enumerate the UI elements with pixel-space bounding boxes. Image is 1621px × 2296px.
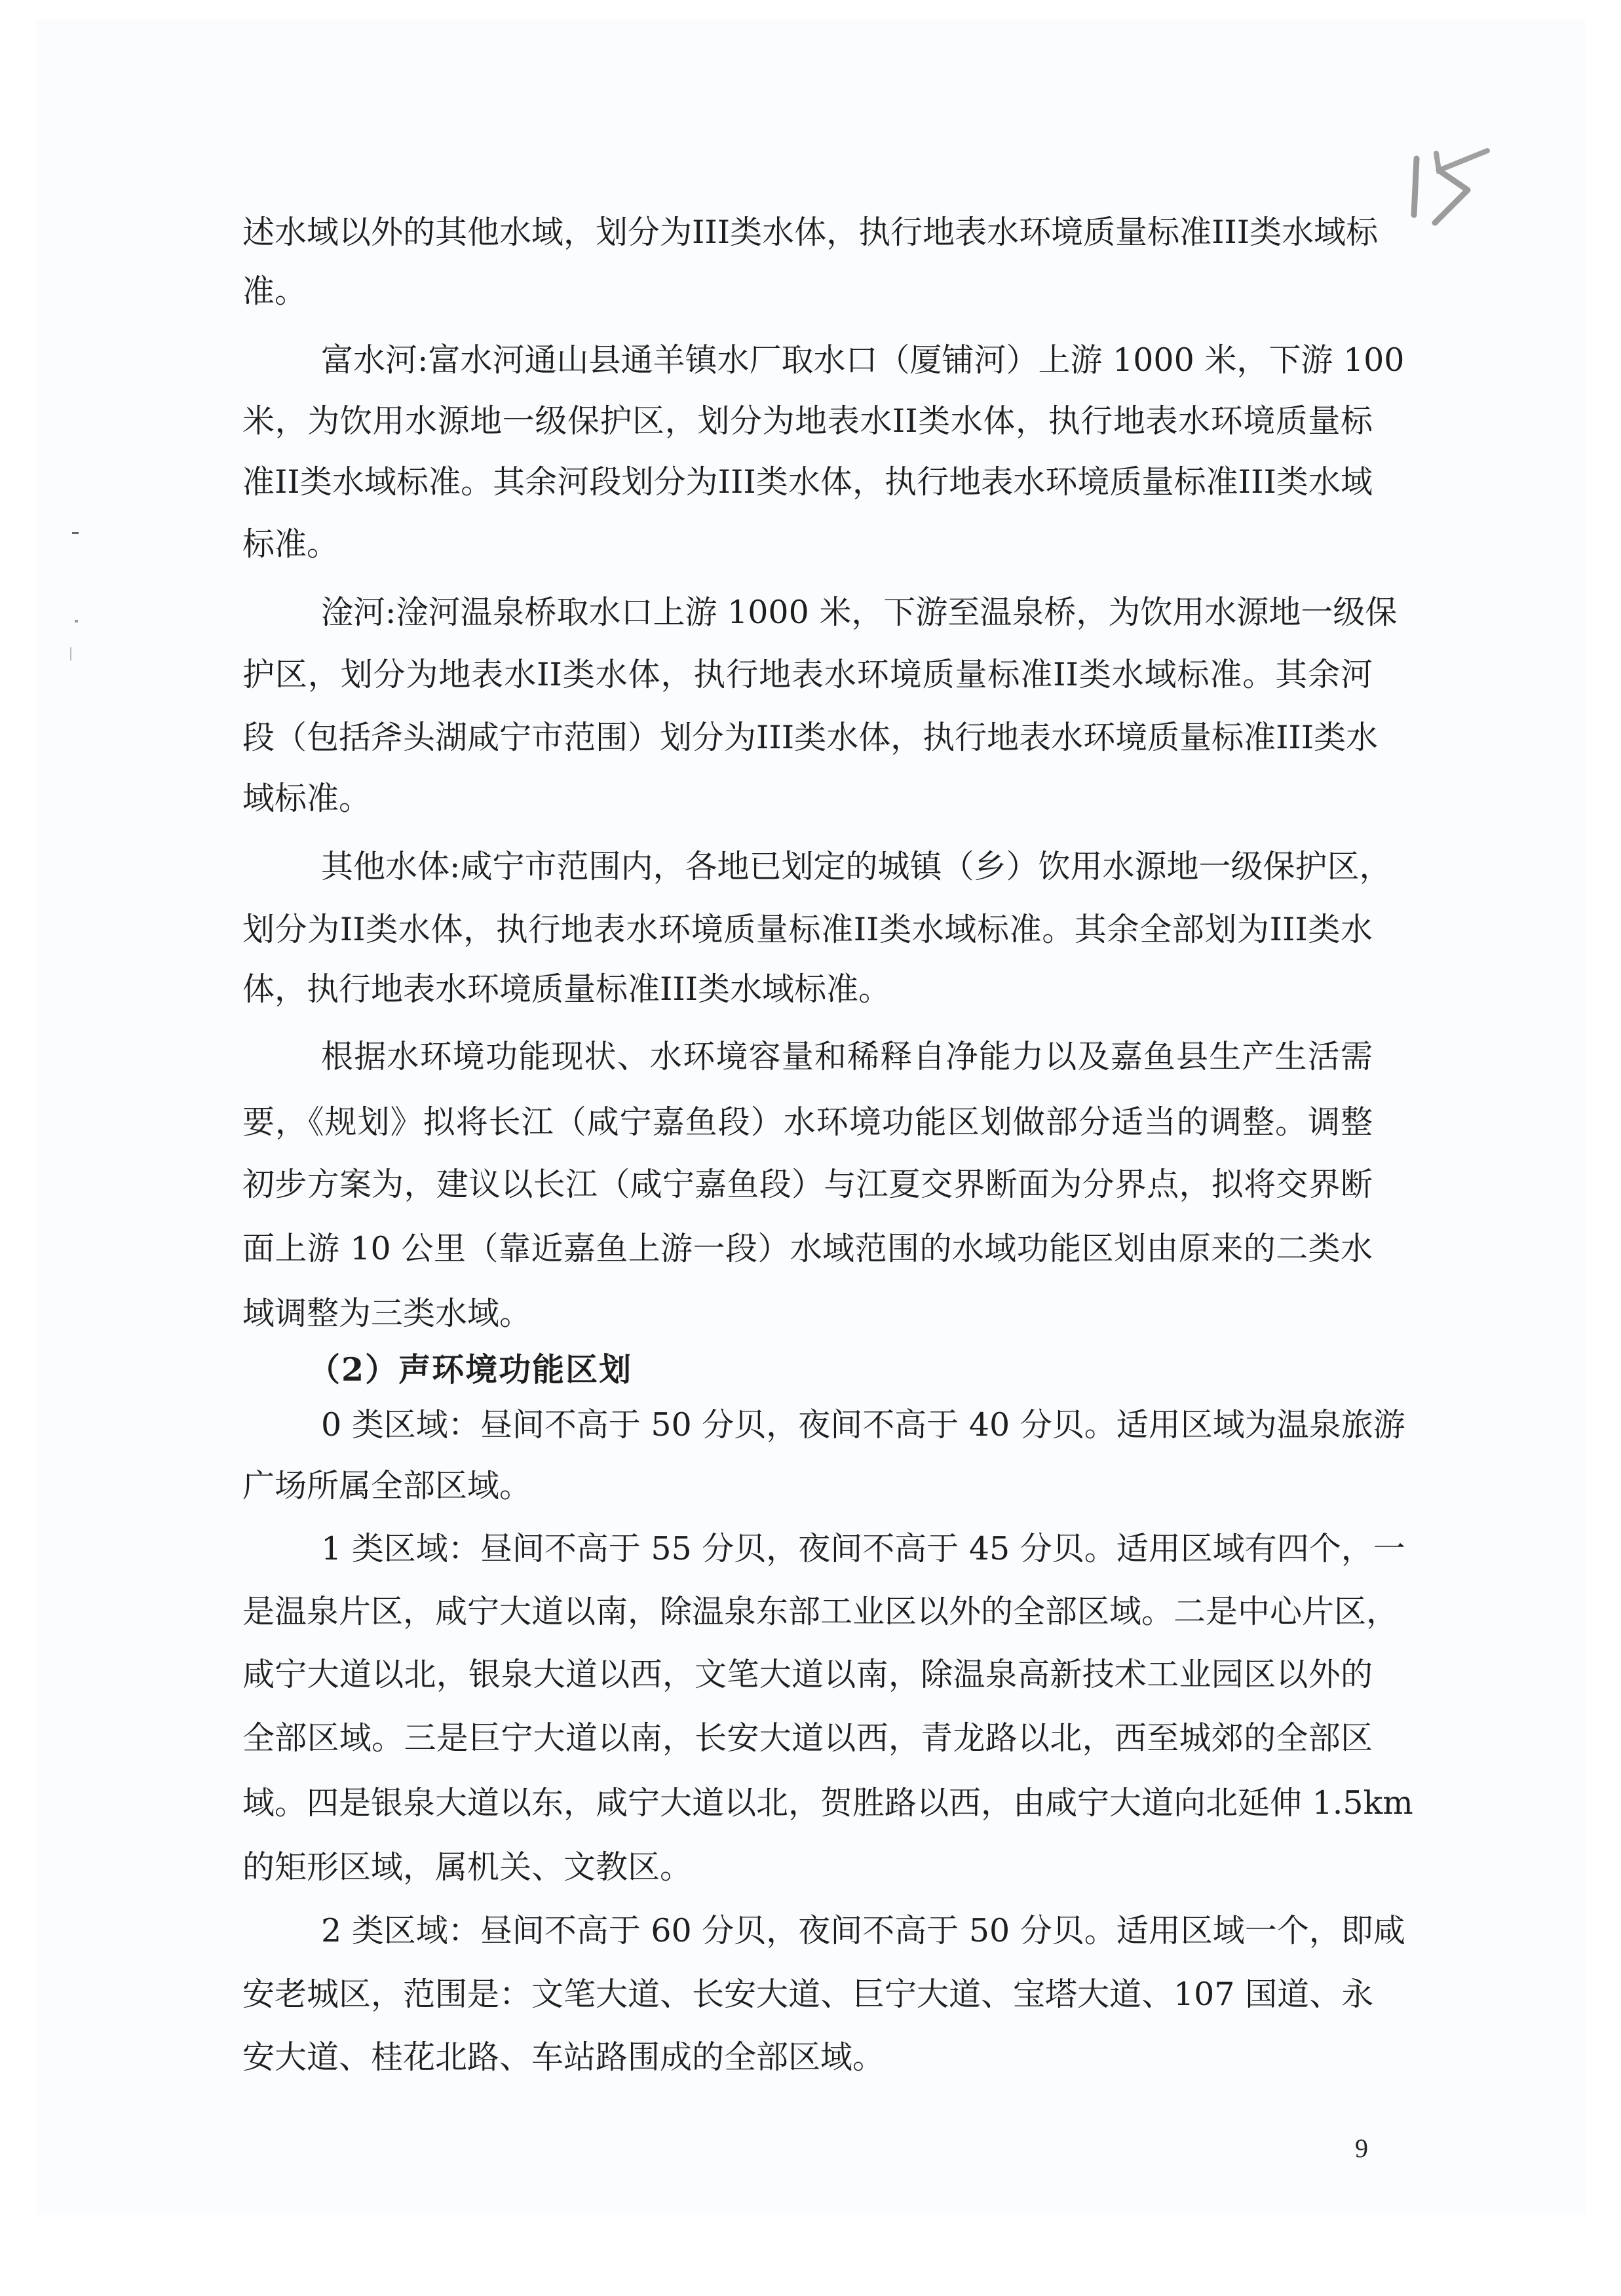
text-line: 初步方案为，建议以长江（咸宁嘉鱼段）与江夏交界断面为分界点，拟将交界断: [242, 1165, 1373, 1204]
text-line: 域调整为三类水域。: [242, 1294, 1373, 1333]
text-line: 面上游 10 公里（靠近嘉鱼上游一段）水域范围的水域功能区划由原来的二类水: [242, 1229, 1373, 1269]
text-line: 要，《规划》拟将长江（咸宁嘉鱼段）水环境功能区划做部分适当的调整。调整: [242, 1103, 1373, 1142]
text-line: 是温泉片区，咸宁大道以南，除温泉东部工业区以外的全部区域。二是中心片区，: [242, 1592, 1373, 1632]
text-line: 标准。: [242, 525, 1373, 564]
text-line: 1 类区域：昼间不高于 55 分贝，夜间不高于 45 分贝。适用区域有四个，一: [321, 1529, 1373, 1569]
scan-speck: [70, 647, 71, 660]
text-line: 安老城区，范围是：文笔大道、长安大道、巨宁大道、宝塔大道、107 国道、永: [242, 1975, 1373, 2014]
text-line: 准。: [242, 272, 1373, 311]
text-line: 富水河:富水河通山县通羊镇水厂取水口（厦铺河）上游 1000 米，下游 100: [321, 341, 1373, 380]
text-line: 淦河:淦河温泉桥取水口上游 1000 米，下游至温泉桥，为饮用水源地一级保: [321, 593, 1373, 632]
text-line: 准II类水域标准。其余河段划分为III类水体，执行地表水环境质量标准III类水域: [242, 463, 1373, 502]
scan-speck: [72, 532, 79, 534]
text-line: 述水域以外的其他水域，划分为III类水体，执行地表水环境质量标准III类水域标: [242, 213, 1373, 252]
text-line: 安大道、桂花北路、车站路围成的全部区域。: [242, 2038, 1373, 2077]
text-line: 的矩形区域，属机关、文教区。: [242, 1848, 1373, 1887]
text-line: 其他水体:咸宁市范围内，各地已划定的城镇（乡）饮用水源地一级保护区，: [321, 847, 1373, 887]
text-line: 0 类区域：昼间不高于 50 分贝，夜间不高于 40 分贝。适用区域为温泉旅游: [321, 1406, 1373, 1445]
text-line: 域标准。: [242, 779, 1373, 818]
scan-speck: [75, 620, 78, 622]
text-line: 全部区域。三是巨宁大道以南，长安大道以西，青龙路以北，西至城郊的全部区: [242, 1719, 1373, 1758]
page-number: 9: [1355, 2133, 1368, 2164]
text-line: 咸宁大道以北，银泉大道以西，文笔大道以南，除温泉高新技术工业园区以外的: [242, 1655, 1373, 1694]
text-line: 划分为II类水体，执行地表水环境质量标准II类水域标准。其余全部划为III类水: [242, 910, 1373, 949]
text-line: 段（包括斧头湖咸宁市范围）划分为III类水体，执行地表水环境质量标准III类水: [242, 718, 1373, 757]
text-line: 护区，划分为地表水II类水体，执行地表水环境质量标准II类水域标准。其余河: [242, 655, 1373, 695]
section-heading: （2）声环境功能区划: [308, 1350, 963, 1389]
text-line: 米，为饮用水源地一级保护区，划分为地表水II类水体，执行地表水环境质量标: [242, 402, 1373, 441]
text-line: 广场所属全部区域。: [242, 1466, 1373, 1506]
handwritten-page-mark: [1409, 144, 1500, 236]
text-line: 根据水环境功能现状、水环境容量和稀释自净能力以及嘉鱼县生产生活需: [321, 1037, 1373, 1077]
text-line: 体，执行地表水环境质量标准III类水域标准。: [242, 970, 1373, 1009]
text-line: 域。四是银泉大道以东，咸宁大道以北，贺胜路以西，由咸宁大道向北延伸 1.5km: [242, 1784, 1373, 1823]
text-line: 2 类区域：昼间不高于 60 分贝，夜间不高于 50 分贝。适用区域一个，即咸: [321, 1911, 1373, 1951]
